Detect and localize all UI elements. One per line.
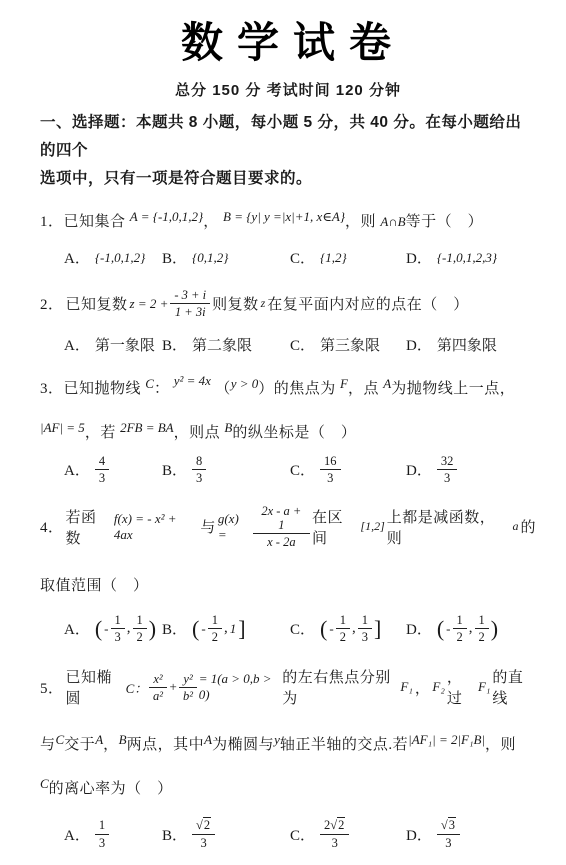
question-2-text: 已知复数 [66,293,128,314]
question-2-text-2: 则复数 [212,293,259,314]
close-bracket: ) [491,618,498,640]
fraction-numerator: √2 [192,818,215,834]
option-fraction: 13 [95,818,109,850]
fraction: 13 [358,613,372,645]
question-4-options: A． (-13,12) B． (-12,1] C． (-12,13] D． (-… [40,613,536,645]
sqrt-symbol: √ [196,818,203,832]
question-5-text-7: 两点，其中 [127,737,205,753]
formula-condition: y > 0 [231,376,259,391]
option-fraction: √33 [437,818,460,850]
fraction-numerator: 1 [133,613,147,629]
option-label: B． [162,824,187,845]
question-3-text-5: ，若 [85,425,116,441]
question-5-text-9: 轴正半轴的交点.若 [280,737,408,753]
fraction-numerator: 4 [95,454,109,470]
formula-interval: [1,2] [360,519,384,534]
option-label: B． [162,334,187,355]
fraction-denominator: 3 [95,470,109,485]
comma: ， [203,214,219,230]
radicand: 2 [337,817,345,832]
fraction-denominator: 2 [336,629,350,644]
question-3-line-1: 3．已知抛物线 C： y² = 4x （y > 0）的焦点为 F，点 A为抛物线… [40,373,536,398]
comma: ， [415,677,431,698]
formula-focus-f: F [340,376,348,391]
minus-sign: - [201,621,205,637]
option-fraction: 2√23 [320,818,349,850]
question-2: 2．已知复数 z = 2 + - 3 + i1 + 3i 则复数z在复平面内对应… [40,288,536,320]
fraction-denominator: 2 [475,629,489,644]
question-4-text-2: 与 [200,516,216,537]
formula-z-fraction: - 3 + i1 + 3i [170,288,210,320]
option-label: D． [406,824,432,845]
question-3-options: A．43 B．83 C．163 D．323 [40,454,536,486]
option-label: B． [162,247,187,268]
q5-option-d: D． √33 [406,818,536,850]
formula-c: C [56,732,65,747]
question-4-text-6: 取值范围（ ） [40,578,149,594]
question-4-number: 4． [40,516,64,537]
formula-z-small: z [261,296,266,311]
option-label: D． [406,618,432,639]
q2-option-a: A．第一象限 [64,334,162,355]
option-label: C． [290,334,315,355]
option-value: 第一象限 [95,334,155,355]
section-line-1: 一、选择题：本题共 8 小题，每小题 5 分，共 40 分。在每小题给出的四个 [40,109,536,165]
formula-a-intersect-b: A∩B [380,214,405,229]
option-label: A． [64,247,90,268]
page-title: 数学试卷 [50,10,536,70]
formula-set-a: A = {-1,0,1,2} [130,209,203,224]
section-line-2: 选项中，只有一项是符合题目要求的。 [40,165,536,193]
question-4-text-4: 上都是减函数，则 [387,506,511,548]
option-fraction: 163 [320,454,341,486]
interval-end: 1 [230,621,237,637]
question-3-text: 已知抛物线 [64,381,142,397]
fraction-denominator: 3 [437,470,458,485]
plus-sign: + [169,679,178,695]
fraction-numerator: 8 [192,454,206,470]
formula-point-a: A [383,376,391,391]
option-label: A． [64,824,90,845]
fraction-numerator: 1 [453,613,467,629]
fraction-denominator: 1 + 3i [170,304,210,319]
fraction-denominator: 2 [133,629,147,644]
option-label: A． [64,459,90,480]
question-3-text-3: ，点 [348,381,379,397]
formula-c-2: C [40,776,49,791]
q1-option-a: A．{-1,0,1,2} [64,247,162,268]
option-label: D． [406,247,432,268]
formula-parabola: y² = 4x [174,373,211,388]
question-4-line-2: 取值范围（ ） [40,574,536,595]
fraction: 13 [111,613,125,645]
open-bracket: ( [320,618,327,640]
fraction: 12 [133,613,147,645]
question-1-number: 1． [40,214,64,230]
question-5-text: 已知椭圆 [66,666,124,708]
option-value: {-1,0,1,2,3} [437,250,497,266]
fraction-denominator: x - 2a [253,534,310,549]
exam-subtitle: 总分 150 分 考试时间 120 分钟 [40,79,536,100]
fraction-numerator: 1 [336,613,350,629]
formula-g-x: g(x) = [218,511,251,543]
question-2-options: A．第一象限 B．第二象限 C．第三象限 D．第四象限 [40,334,536,355]
radicand: 2 [203,817,211,832]
question-1-text-3: 等于（ ） [406,214,484,230]
option-fraction: 43 [95,454,109,486]
fraction-denominator: 2 [208,629,222,644]
fraction-numerator: 1 [95,818,109,834]
fraction-denominator: 3 [320,470,341,485]
q2-option-b: B．第二象限 [162,334,290,355]
fraction-numerator: - 3 + i [170,288,210,304]
fraction: 12 [475,613,489,645]
fraction-numerator: y² [179,672,196,688]
section-instructions: 一、选择题：本题共 8 小题，每小题 5 分，共 40 分。在每小题给出的四个 … [40,109,536,193]
option-value: {-1,0,1,2} [95,250,145,266]
question-3-text-4: 为抛物线上一点， [391,381,515,397]
fraction-denominator: 3 [358,629,372,644]
open-bracket: ( [192,618,199,640]
formula-g-fraction: 2x - a + 1x - 2a [253,504,310,550]
minus-sign: - [329,621,333,637]
fraction-denominator: a² [149,688,166,703]
fraction-denominator: b² [179,688,196,703]
close-bracket: ] [374,618,381,640]
sqrt-symbol: √ [441,818,448,832]
formula-f2: F₂ [432,679,444,695]
option-interval: (-12,1] [192,613,246,645]
question-3-line-2: |AF| = 5，若 2FB = BA，则点 B的纵坐标是（ ） [40,420,536,442]
question-5-text-4: 的直线 [492,666,536,708]
question-3-number: 3． [40,381,64,397]
formula-a: a [512,519,518,534]
comma: , [127,620,131,637]
option-label: A． [64,334,90,355]
formula-af1-condition: |AF₁| = 2|F₁B| [408,732,485,747]
fraction-numerator: 1 [358,613,372,629]
fraction: 12 [208,613,222,645]
fraction-numerator: √3 [437,818,460,834]
question-4-text-5: 的 [520,516,536,537]
minus-sign: - [104,621,108,637]
question-5-text-6: 交于 [64,737,95,753]
question-5-options: A． 13 B． √23 C． 2√23 D． √33 [40,818,536,850]
question-5-text-8: 为椭圆与 [212,737,274,753]
question-5-text-2: 的左右焦点分别为 [282,666,398,708]
question-2-text-3: 在复平面内对应的点在（ ） [267,293,469,314]
fraction-denominator: 2 [453,629,467,644]
question-5-text-3: ，过 [447,666,476,708]
formula-f1-b: F₁ [478,679,490,695]
close-bracket: ) [149,618,156,640]
option-label: D． [406,334,432,355]
question-3-text-7: 的纵坐标是（ ） [232,425,356,441]
question-1: 1．已知集合 A = {-1,0,1,2}， B = {y| y =|x|+1,… [40,209,536,231]
option-label: C． [290,824,315,845]
question-3-text-6: ，则点 [174,425,221,441]
fraction-numerator: 2x - a + 1 [253,504,310,535]
option-label: A． [64,618,90,639]
option-label: B． [162,459,187,480]
fraction-denominator: 3 [111,629,125,644]
q4-option-d: D． (-12,12) [406,613,536,645]
q1-option-c: C．{1,2} [290,247,406,268]
open-bracket: ( [437,618,444,640]
fraction-numerator: 32 [437,454,458,470]
q3-option-c: C．163 [290,454,406,486]
question-5-text-10: ，则 [485,737,516,753]
fraction: 12 [336,613,350,645]
q2-option-d: D．第四象限 [406,334,536,355]
fraction-numerator: 1 [475,613,489,629]
formula-point-b: B [119,732,127,747]
fraction-numerator: 1 [111,613,125,629]
formula-curve-c: C [145,376,154,391]
option-label: B． [162,618,187,639]
formula-point-a: A [95,732,103,747]
question-4-line-1: 4．若函数 f(x) = - x² + 4ax与 g(x) = 2x - a +… [40,504,536,550]
option-fraction: 83 [192,454,206,486]
open-bracket: ( [95,618,102,640]
question-5-text-5: 与 [40,737,56,753]
formula-f-x: f(x) = - x² + 4ax [114,511,198,543]
close-bracket: ] [238,618,245,640]
formula-f1: F₁ [400,679,412,695]
q5-option-c: C． 2√23 [290,818,406,850]
exam-page: 数学试卷 总分 150 分 考试时间 120 分钟 一、选择题：本题共 8 小题… [0,0,566,865]
formula-z: z = 2 + [130,296,169,312]
formula-ellipse-c: C： [126,678,148,697]
open-paren: （ [215,381,231,397]
radicand: 3 [448,817,456,832]
q2-option-c: C．第三象限 [290,334,406,355]
question-5-line-2: 与C交于A，B两点，其中A为椭圆与y轴正半轴的交点.若|AF₁| = 2|F₁B… [40,732,536,754]
fraction-denominator: 3 [192,470,206,485]
question-1-options: A．{-1,0,1,2} B．{0,1,2} C．{1,2} D．{-1,0,1… [40,247,536,268]
q4-option-a: A． (-13,12) [64,613,162,645]
q1-option-d: D．{-1,0,1,2,3} [406,247,536,268]
option-interval: (-12,12) [437,613,498,645]
minus-sign: - [446,621,450,637]
option-interval: (-13,12) [95,613,156,645]
option-interval: (-12,13] [320,613,381,645]
question-2-number: 2． [40,293,64,314]
fraction-numerator: 1 [208,613,222,629]
question-5-text-11: 的离心率为（ ） [49,781,173,797]
comma: ， [103,737,119,753]
formula-af-5: |AF| = 5 [40,420,85,435]
option-label: C． [290,247,315,268]
question-1-text-2: ，则 [345,214,376,230]
option-label: C． [290,459,315,480]
ellipse-fraction-x: x²a² [149,672,166,704]
formula-set-b: B = {y| y =|x|+1, x∈A} [223,209,345,224]
option-value: 第四象限 [437,334,497,355]
q3-option-b: B．83 [162,454,290,486]
question-4-text-3: 在区间 [312,506,358,548]
fraction: 12 [453,613,467,645]
option-value: {1,2} [320,250,347,266]
ellipse-fraction-y: y²b² [179,672,196,704]
comma: , [469,620,473,637]
q3-option-d: D．323 [406,454,536,486]
option-label: D． [406,459,432,480]
question-5-number: 5． [40,677,64,698]
option-value: 第二象限 [192,334,252,355]
q5-option-b: B． √23 [162,818,290,850]
q1-option-b: B．{0,1,2} [162,247,290,268]
q4-option-c: C． (-12,13] [290,613,406,645]
colon: ： [154,381,170,397]
question-5-line-3: C的离心率为（ ） [40,776,536,798]
fraction-denominator: 3 [192,835,215,850]
fraction-numerator: 2√2 [320,818,349,834]
option-fraction: 323 [437,454,458,486]
fraction-denominator: 3 [437,835,460,850]
question-4-text: 若函数 [66,506,112,548]
question-5-line-1: 5．已知椭圆 C： x²a² + y²b² = 1(a > 0,b > 0) 的… [40,666,536,708]
formula-point-a-2: A [204,732,212,747]
fraction-numerator: 16 [320,454,341,470]
q5-option-a: A． 13 [64,818,162,850]
option-value: 第三象限 [320,334,380,355]
formula-vector: 2FB = BA [120,420,174,435]
question-1-text: 已知集合 [64,214,126,230]
q4-option-b: B． (-12,1] [162,613,290,645]
comma: , [224,620,228,637]
question-3-text-2: ）的焦点为 [258,381,336,397]
formula-ellipse-condition: = 1(a > 0,b > 0) [199,671,281,703]
option-value: {0,1,2} [192,250,228,266]
fraction-denominator: 3 [95,835,109,850]
fraction-denominator: 3 [320,835,349,850]
fraction-numerator: x² [149,672,166,688]
option-label: C． [290,618,315,639]
comma: , [352,620,356,637]
option-fraction: √23 [192,818,215,850]
q3-option-a: A．43 [64,454,162,486]
